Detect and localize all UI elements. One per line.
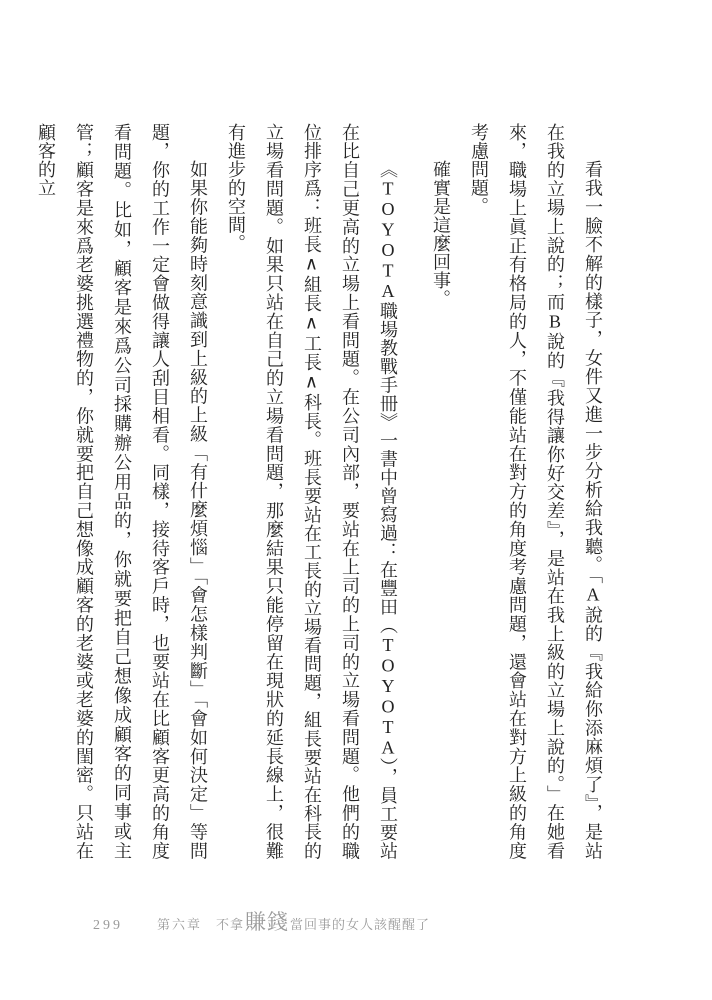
book-page: 看我一臉不解的樣子，女件又進一步分析給我聽。「A說的『我給你添麻煩了』，是站在我…: [0, 0, 712, 1000]
chapter-title: 不拿賺錢當回事的女人該醒醒了: [216, 906, 430, 936]
paragraph-affirmation: 確實是這麼回事。: [422, 123, 460, 860]
paragraph-customer-perspective: 如果你能夠時刻意識到上級的上級「有什麼煩惱」「會怎樣判斷」「會如何決定」等問題，…: [27, 123, 217, 860]
page-footer: 299 第六章 不拿賺錢當回事的女人該醒醒了: [93, 906, 430, 936]
page-number: 299: [93, 918, 123, 934]
chapter-title-suffix: 當回事的女人該醒醒了: [290, 917, 430, 932]
paragraph-toyota-book: 《TOYOTA職場教戰手冊》一書中曾寫過：在豐田（TOYOTA），員工要站在比自…: [217, 123, 407, 860]
chapter-title-emphasis: 賺錢: [245, 910, 289, 934]
chapter-title-prefix: 不拿: [216, 917, 244, 932]
paragraph-dialogue-analysis: 看我一臉不解的樣子，女件又進一步分析給我聽。「A說的『我給你添麻煩了』，是站在我…: [460, 123, 612, 860]
body-text: 看我一臉不解的樣子，女件又進一步分析給我聽。「A說的『我給你添麻煩了』，是站在我…: [27, 123, 612, 860]
chapter-label: 第六章: [157, 914, 202, 933]
